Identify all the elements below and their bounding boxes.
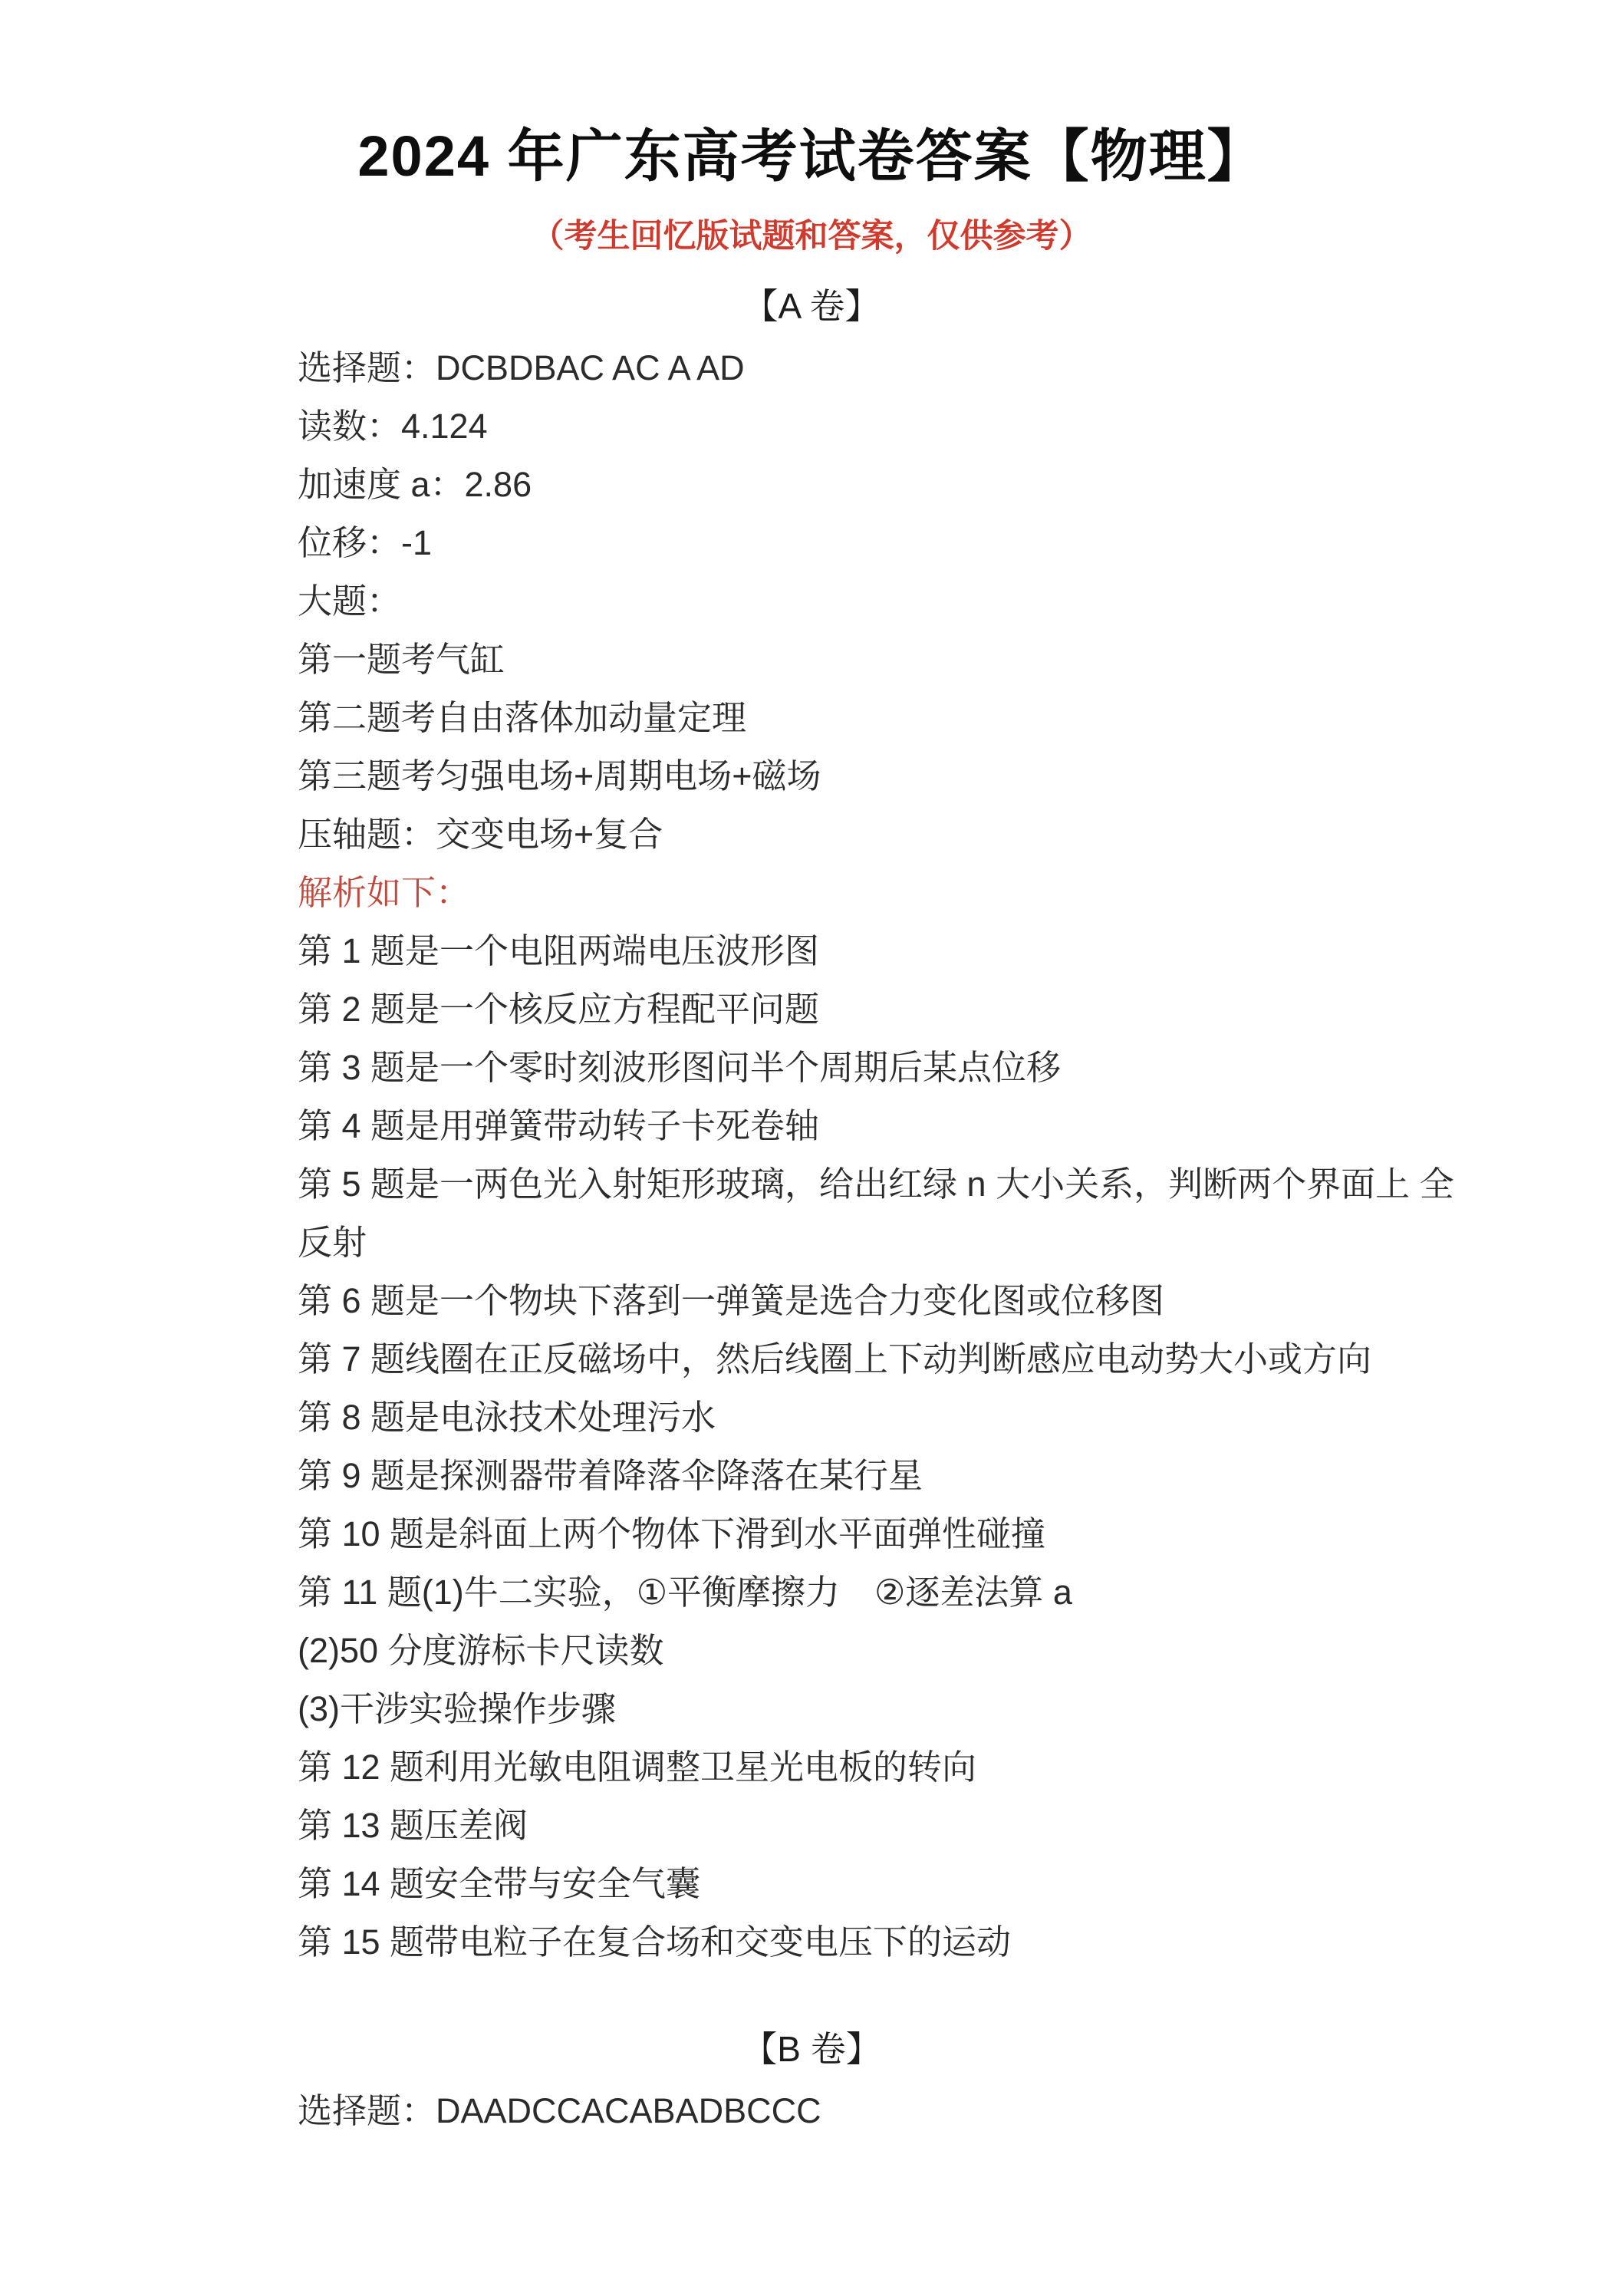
question-11-part-2: (2)50 分度游标卡尺读数 bbox=[298, 1622, 1325, 1680]
section-b: 【B 卷】 选择题：DAADCCACABADBCCC bbox=[298, 2016, 1325, 2140]
question-11-part-1: 第 11 题(1)牛二实验，①平衡摩擦力 ②逐差法算 a bbox=[298, 1563, 1325, 1622]
big-questions-label: 大题： bbox=[298, 572, 1325, 631]
section-a-header: 【A 卷】 bbox=[0, 273, 1623, 339]
question-15: 第 15 题带电粒子在复合场和交变电压下的运动 bbox=[298, 1913, 1325, 1972]
final-question: 压轴题：交变电场+复合 bbox=[298, 805, 1325, 864]
big-question-1: 第一题考气缸 bbox=[298, 631, 1325, 689]
question-6: 第 6 题是一个物块下落到一弹簧是选合力变化图或位移图 bbox=[298, 1272, 1325, 1330]
question-14: 第 14 题安全带与安全气囊 bbox=[298, 1855, 1325, 1913]
question-1: 第 1 题是一个电阻两端电压波形图 bbox=[298, 922, 1325, 980]
document-page: 2024 年广东高考试卷答案【物理】 （考生回忆版试题和答案，仅供参考） 【A … bbox=[0, 0, 1623, 2296]
question-7: 第 7 题线圈在正反磁场中，然后线圈上下动判断感应电动势大小或方向 bbox=[298, 1330, 1325, 1388]
multiple-choice-answers-a: 选择题：DCBDBAC AC A AD bbox=[298, 339, 1325, 397]
section-a: 选择题：DCBDBAC AC A AD读数：4.124加速度 a：2.86位移：… bbox=[298, 339, 1325, 1972]
question-13: 第 13 题压差阀 bbox=[298, 1797, 1325, 1855]
multiple-choice-answers-b: 选择题：DAADCCACABADBCCC bbox=[298, 2082, 1325, 2140]
acceleration-value: 加速度 a：2.86 bbox=[298, 456, 1325, 514]
displacement-value: 位移：-1 bbox=[298, 514, 1325, 572]
question-3: 第 3 题是一个零时刻波形图问半个周期后某点位移 bbox=[298, 1039, 1325, 1097]
question-11-part-3: (3)干涉实验操作步骤 bbox=[298, 1680, 1325, 1738]
section-b-header: 【B 卷】 bbox=[298, 2016, 1325, 2082]
question-5-part-2: 反射 bbox=[298, 1214, 1325, 1272]
vernier-reading-value: 读数：4.124 bbox=[298, 397, 1325, 456]
question-5-part-1: 第 5 题是一两色光入射矩形玻璃，给出红绿 n 大小关系，判断两个界面上 全 bbox=[298, 1155, 1325, 1214]
big-question-2: 第二题考自由落体加动量定理 bbox=[298, 689, 1325, 747]
document-header: 2024 年广东高考试卷答案【物理】 （考生回忆版试题和答案，仅供参考） 【A … bbox=[0, 0, 1623, 339]
section-b-lines: 选择题：DAADCCACABADBCCC bbox=[298, 2082, 1325, 2140]
question-8: 第 8 题是电泳技术处理污水 bbox=[298, 1388, 1325, 1447]
document-body: 选择题：DCBDBAC AC A AD读数：4.124加速度 a：2.86位移：… bbox=[298, 339, 1325, 2140]
section-a-lines: 选择题：DCBDBAC AC A AD读数：4.124加速度 a：2.86位移：… bbox=[298, 339, 1325, 1972]
question-9: 第 9 题是探测器带着降落伞降落在某行星 bbox=[298, 1447, 1325, 1505]
subtitle-disclaimer: （考生回忆版试题和答案，仅供参考） bbox=[0, 199, 1623, 273]
question-12: 第 12 题利用光敏电阻调整卫星光电板的转向 bbox=[298, 1738, 1325, 1797]
question-2: 第 2 题是一个核反应方程配平问题 bbox=[298, 980, 1325, 1039]
analysis-label: 解析如下： bbox=[298, 864, 1325, 922]
big-question-3: 第三题考匀强电场+周期电场+磁场 bbox=[298, 747, 1325, 805]
question-10: 第 10 题是斜面上两个物体下滑到水平面弹性碰撞 bbox=[298, 1505, 1325, 1563]
page-title: 2024 年广东高考试卷答案【物理】 bbox=[0, 114, 1623, 199]
question-4: 第 4 题是用弹簧带动转子卡死卷轴 bbox=[298, 1097, 1325, 1155]
